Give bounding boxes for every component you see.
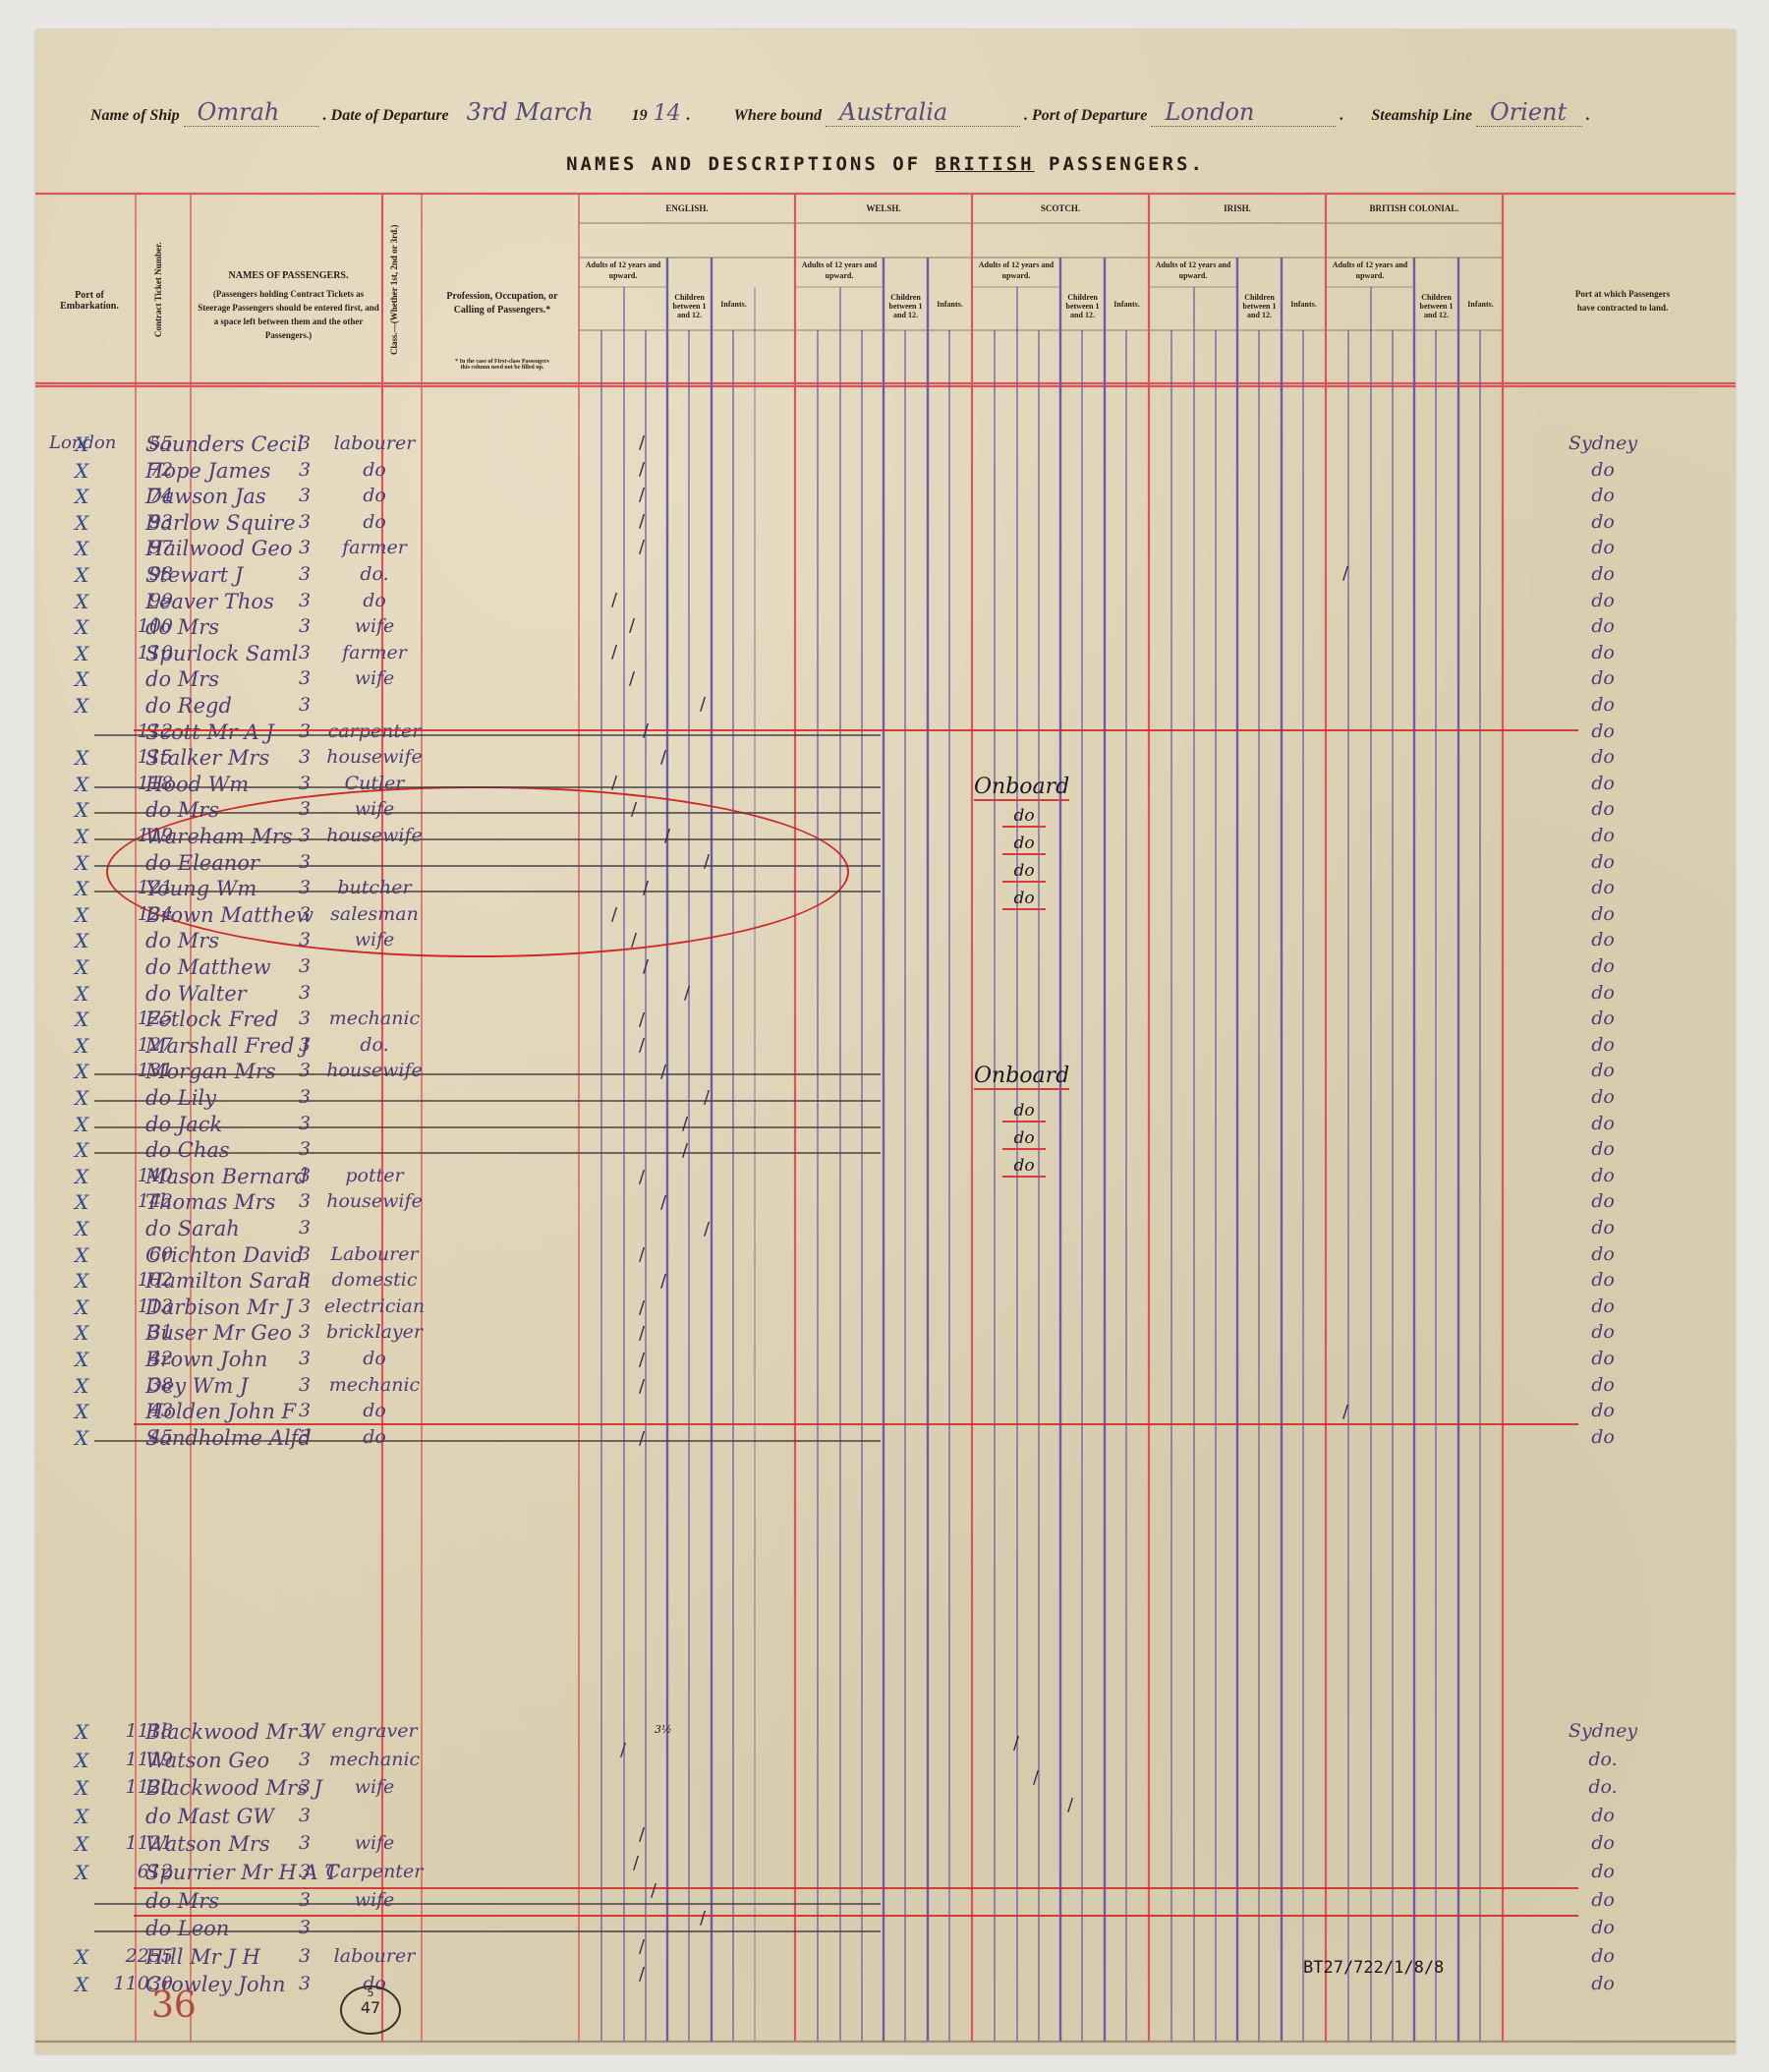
occupation-cell: wife: [315, 1776, 433, 1798]
table-row: X93Barlow Squire3dodo: [35, 511, 1736, 538]
check-mark-icon: X: [75, 590, 88, 613]
tally-mark: /: [639, 485, 645, 505]
tally-mark: /: [639, 1936, 645, 1957]
class-cell: 3: [299, 1720, 311, 1742]
check-mark-icon: X: [75, 825, 88, 848]
table-row: X125Fetlock Fred3mechanicdo: [35, 1007, 1736, 1034]
landing-port-cell: do: [1549, 1113, 1657, 1134]
class-cell: 3: [299, 694, 311, 716]
children-scotch: Children between 1 and 12.: [1060, 293, 1105, 319]
table-row: X42Brown John3dodo: [35, 1348, 1736, 1374]
passenger-name-cell: Watson Mrs: [145, 1832, 270, 1856]
tally-mark: /: [639, 1824, 645, 1845]
check-mark-icon: X: [75, 1973, 88, 1996]
occupation-cell: butcher: [315, 877, 433, 898]
tally-mark: /: [682, 1114, 688, 1134]
table-row: Xdo Lily3do: [35, 1086, 1736, 1113]
passenger-name-cell: do Chas: [145, 1138, 230, 1162]
tally-mark: /: [704, 851, 710, 872]
passenger-name-cell: do Mrs: [145, 929, 219, 952]
red-cancel-line: [134, 729, 1578, 731]
passenger-name-cell: Wareham Mrs: [145, 825, 293, 848]
tally-mark: /: [639, 1035, 645, 1056]
landing-port-cell: do: [1549, 1190, 1657, 1212]
table-row: X2255Hill Mr J H3labourerdo: [35, 1945, 1736, 1972]
passenger-name-cell: Hope James: [145, 459, 271, 483]
title-emphasis: BRITISH: [936, 153, 1035, 175]
nat-irish: IRISH.: [1149, 203, 1326, 213]
class-cell: 3: [299, 1165, 311, 1186]
landing-port-cell: do: [1549, 1861, 1657, 1882]
occupation-cell: labourer: [315, 1945, 433, 1967]
class-cell: 3: [299, 1138, 311, 1160]
tally-mark: /: [643, 878, 649, 898]
class-cell: 3: [299, 1917, 311, 1938]
landing-port-cell: do: [1549, 929, 1657, 950]
class-cell: 3: [299, 1217, 311, 1238]
landing-port-cell: do: [1549, 746, 1657, 768]
page-total: 36: [151, 1986, 197, 2026]
adults-english: Adults of 12 years and upward.: [581, 259, 665, 281]
passenger-name-cell: do Regd: [145, 694, 232, 718]
archive-reference: BT27/722/1/8/8: [1303, 1958, 1444, 1978]
class-cell: 3: [299, 590, 311, 611]
table-row: X1119Watson Geo3mechanicdo.: [35, 1749, 1736, 1775]
check-mark-icon: X: [75, 1749, 88, 1772]
strikethrough-line: [94, 786, 881, 788]
table-row: X97Hailwood Geo3farmerdo: [35, 537, 1736, 563]
table-row: X131Morgan Mrs3housewifedo: [35, 1060, 1736, 1086]
occupation-cell: farmer: [315, 537, 433, 558]
class-cell: 3: [299, 825, 311, 846]
table-row: X45Sandholme Alfd3dodo: [35, 1426, 1736, 1453]
table-row: X118Hood Wm3Cutlerdo: [35, 773, 1736, 799]
tally-mark: /: [631, 799, 637, 820]
class-cell: 3: [299, 955, 311, 977]
occupation-cell: do: [315, 485, 433, 506]
year-prefix: 19: [632, 107, 648, 124]
port-label: Port of Departure: [1032, 107, 1147, 124]
table-row: X110Spurlock Saml3farmerdo: [35, 642, 1736, 668]
class-cell: 3: [299, 929, 311, 950]
landing-port-cell: do: [1549, 1217, 1657, 1238]
passenger-name-cell: Buser Mr Geo: [145, 1321, 292, 1345]
class-cell: 3: [299, 1889, 311, 1911]
occupation-cell: do: [315, 590, 433, 611]
occupation-cell: housewife: [315, 746, 433, 768]
check-mark-icon: X: [75, 511, 88, 535]
ship-name: Omrah: [184, 98, 319, 127]
occupation-cell: do: [315, 459, 433, 481]
passenger-name-cell: do Eleanor: [145, 851, 259, 875]
tally-mark: /: [1033, 1767, 1039, 1788]
check-mark-icon: X: [75, 1217, 88, 1240]
children-colonial: Children between 1 and 12.: [1414, 293, 1458, 319]
passenger-name-cell: do Mrs: [145, 1889, 219, 1913]
class-cell: 3: [299, 459, 311, 481]
check-mark-icon: X: [75, 667, 88, 691]
tally-mark: /: [620, 1740, 626, 1760]
tally-mark: /: [660, 1271, 666, 1292]
landing-port-cell: do.: [1549, 1749, 1657, 1770]
class-cell: 3: [299, 1348, 311, 1369]
check-mark-icon: X: [75, 877, 88, 900]
class-cell: 3: [299, 798, 311, 820]
check-mark-icon: X: [75, 485, 88, 508]
tally-mark: /: [1342, 563, 1348, 584]
strikethrough-line: [94, 734, 881, 736]
check-mark-icon: X: [75, 1165, 88, 1188]
check-mark-icon: X: [75, 1138, 88, 1162]
tally-mark: /: [611, 904, 617, 925]
passenger-name-cell: Brown John: [145, 1348, 267, 1371]
tally-mark: /: [639, 432, 645, 453]
landing-port-cell: do: [1549, 1945, 1657, 1967]
occupation-cell: electrician: [315, 1295, 433, 1317]
tally-mark: /: [639, 1964, 645, 1985]
children-welsh: Children between 1 and 12.: [884, 293, 928, 319]
tally-mark: /: [704, 1087, 710, 1108]
infants-english: Infants.: [712, 300, 756, 309]
passenger-name-cell: do Mrs: [145, 615, 219, 639]
passenger-name-cell: Marshall Fred J: [145, 1034, 310, 1058]
passenger-name-cell: Hailwood Geo: [145, 537, 293, 560]
tally-mark: /: [611, 773, 617, 793]
landing-port-cell: do: [1549, 1295, 1657, 1317]
class-cell: 3: [299, 1086, 311, 1108]
class-cell: 3: [299, 667, 311, 689]
table-row: LondonX55Saunders Cecil3labourerSydney: [35, 432, 1736, 459]
table-row: Xdo Mrs3wifedo: [35, 667, 1736, 694]
landing-port-cell: do: [1549, 955, 1657, 977]
class-cell: 3: [299, 877, 311, 898]
landing-port-cell: do: [1549, 903, 1657, 925]
col-names-note: (Passengers holding Contract Tickets as …: [198, 287, 379, 342]
tally-mark: /: [1013, 1733, 1019, 1754]
passenger-name-cell: do Jack: [145, 1113, 222, 1136]
passenger-name-cell: Brown Matthew: [145, 903, 314, 927]
occupation-cell: potter: [315, 1165, 433, 1186]
line-label: Steamship Line: [1371, 107, 1472, 124]
occupation-cell: farmer: [315, 642, 433, 663]
adults-colonial: Adults of 12 years and upward.: [1328, 259, 1412, 281]
class-cell: 3: [299, 1973, 311, 1994]
tally-mark: /: [639, 1323, 645, 1344]
strikethrough-line: [94, 1930, 881, 1932]
date-label: Date of Departure: [331, 107, 449, 124]
passenger-name-cell: Hood Wm: [145, 773, 249, 796]
table-row: X38Dey Wm J3mechanicdo: [35, 1374, 1736, 1401]
table-row: X119Wareham Mrs3housewifedo: [35, 825, 1736, 851]
class-cell: 3: [299, 511, 311, 533]
tally-mark: /: [639, 1009, 645, 1030]
occupation-cell: do.: [315, 563, 433, 585]
check-mark-icon: X: [75, 1113, 88, 1136]
class-cell: 3: [299, 1749, 311, 1770]
check-mark-icon: X: [75, 1086, 88, 1110]
steamship-line: Orient: [1476, 98, 1582, 127]
passenger-name-cell: Young Wm: [145, 877, 257, 900]
table-row: Xdo Chas3do: [35, 1138, 1736, 1165]
landing-port-cell: do: [1549, 563, 1657, 585]
occupation-cell: do: [315, 1400, 433, 1421]
landing-port-cell: do: [1549, 982, 1657, 1004]
passenger-name-cell: Barlow Squire: [145, 511, 296, 535]
tally-mark: /: [639, 1167, 645, 1187]
tally-mark: /: [1067, 1795, 1073, 1815]
landing-port-cell: do: [1549, 1426, 1657, 1448]
red-cancel-line: [134, 1915, 1578, 1917]
passenger-name-cell: do Matthew: [145, 955, 271, 979]
check-mark-icon: X: [75, 798, 88, 822]
occupation-cell: mechanic: [315, 1749, 433, 1770]
tally-mark: /: [1342, 1402, 1348, 1422]
passenger-name-cell: do Sarah: [145, 1217, 240, 1240]
tally-mark: /: [664, 826, 670, 846]
check-mark-icon: X: [75, 1426, 88, 1450]
passenger-name-cell: Morgan Mrs: [145, 1060, 276, 1083]
check-mark-icon: X: [75, 1243, 88, 1267]
passenger-name-cell: Saunders Cecil: [145, 432, 304, 456]
nat-british-colonial: BRITISH COLONIAL.: [1326, 203, 1503, 213]
check-mark-icon: X: [75, 1400, 88, 1423]
tally-mark: /: [660, 1062, 666, 1082]
check-mark-icon: X: [75, 537, 88, 560]
passenger-name-cell: Watson Geo: [145, 1749, 269, 1772]
passenger-name-cell: Scott Mr A J: [145, 720, 274, 744]
class-cell: 3: [299, 1776, 311, 1798]
strikethrough-line: [94, 1126, 881, 1128]
passenger-name-cell: do Leon: [145, 1917, 229, 1940]
check-mark-icon: X: [75, 1190, 88, 1214]
adults-welsh: Adults of 12 years and upward.: [797, 259, 882, 281]
passenger-name-cell: Blackwood Mr W: [145, 1720, 324, 1744]
passenger-name-cell: do Mast GW: [145, 1805, 274, 1828]
table-row: X113Darbison Mr J3electriciando: [35, 1295, 1736, 1322]
landing-port-cell: do: [1549, 537, 1657, 558]
tally-mark: /: [611, 590, 617, 610]
table-row: Xdo Walter3do: [35, 982, 1736, 1008]
class-cell: 3: [299, 1374, 311, 1396]
passenger-name-cell: Holden John F: [145, 1400, 296, 1423]
class-cell: 3: [299, 1295, 311, 1317]
class-cell: 3: [299, 1007, 311, 1029]
class-cell: 3: [299, 1400, 311, 1421]
tally-mark: /: [639, 1350, 645, 1370]
passenger-name-cell: Dawson Jas: [145, 485, 266, 508]
tally-mark: /: [704, 1219, 710, 1239]
tally-mark: /: [639, 537, 645, 557]
table-row: X100do Mrs3wifedo: [35, 615, 1736, 642]
check-mark-icon: X: [75, 1776, 88, 1800]
occupation-cell: wife: [315, 929, 433, 950]
strikethrough-line: [94, 1073, 881, 1075]
table-row: Xdo Sarah3do: [35, 1217, 1736, 1243]
col-ticket-number: Contract Ticket Number.: [153, 206, 173, 374]
passenger-name-cell: do Mrs: [145, 667, 219, 691]
class-cell: 3: [299, 615, 311, 637]
tally-mark: /: [639, 511, 645, 532]
class-cell: 3: [299, 1945, 311, 1967]
table-row: X121Young Wm3butcherdo: [35, 877, 1736, 903]
landing-port-cell: do: [1549, 694, 1657, 716]
strikethrough-line: [94, 1100, 881, 1102]
tally-mark: /: [639, 1244, 645, 1265]
passenger-name-cell: do Walter: [145, 982, 247, 1006]
occupation-cell: Labourer: [315, 1243, 433, 1265]
landing-port-cell: do: [1549, 1086, 1657, 1108]
check-mark-icon: X: [75, 563, 88, 587]
tally-mark: /: [639, 459, 645, 480]
check-mark-icon: X: [75, 1269, 88, 1293]
class-cell: 3: [299, 1832, 311, 1854]
table-row: X115Stalker Mrs3housewifedo: [35, 746, 1736, 773]
table-row: X127Marshall Fred J3do.do: [35, 1034, 1736, 1061]
adults-scotch: Adults of 12 years and upward.: [974, 259, 1058, 281]
passenger-name-cell: Crichton David: [145, 1243, 304, 1267]
table-row: Xdo Eleanor3do: [35, 851, 1736, 878]
class-cell: 3: [299, 982, 311, 1004]
class-cell: 3: [299, 1321, 311, 1343]
tally-note: 3½: [655, 1723, 672, 1736]
check-mark-icon: X: [75, 851, 88, 875]
check-mark-icon: X: [75, 1034, 88, 1058]
landing-port-cell: do: [1549, 1917, 1657, 1938]
landing-port-cell: Sydney: [1549, 1720, 1657, 1742]
occupation-cell: housewife: [315, 1190, 433, 1212]
col-profession-note: * In the case of First-class Passengers …: [453, 359, 551, 371]
class-cell: 3: [299, 1426, 311, 1448]
strikethrough-line: [94, 1903, 881, 1905]
strikethrough-line: [94, 865, 881, 867]
table-row: 112Scott Mr A J3carpenterdo: [35, 720, 1736, 747]
tally-mark: /: [682, 1140, 688, 1161]
landing-port-cell: do: [1549, 1400, 1657, 1421]
check-mark-icon: X: [75, 1007, 88, 1031]
passenger-name-cell: Stalker Mrs: [145, 746, 269, 770]
strikethrough-line: [94, 812, 881, 814]
landing-port-cell: do: [1549, 511, 1657, 533]
circled-bottom: 47: [342, 1999, 399, 2017]
table-row: X31Buser Mr Geo3bricklayerdo: [35, 1321, 1736, 1348]
check-mark-icon: X: [75, 1348, 88, 1371]
class-cell: 3: [299, 1805, 311, 1826]
class-cell: 3: [299, 773, 311, 794]
nat-scotch: SCOTCH.: [972, 203, 1149, 213]
landing-port-cell: do: [1549, 773, 1657, 794]
occupation-cell: wife: [315, 667, 433, 689]
col-profession: Profession, Occupation, or Calling of Pa…: [438, 290, 566, 317]
occupation-cell: do: [315, 1348, 433, 1369]
tally-mark: /: [700, 694, 706, 715]
check-mark-icon: X: [75, 1720, 88, 1744]
strikethrough-line: [94, 1440, 881, 1442]
table-row: X1118Blackwood Mr W3engraverSydney: [35, 1720, 1736, 1747]
col-class: Class.—(Whether 1st, 2nd or 3rd.): [389, 201, 409, 378]
table-row: X60Crichton David3Labourerdo: [35, 1243, 1736, 1270]
landing-port-cell: do: [1549, 642, 1657, 663]
class-cell: 3: [299, 746, 311, 768]
tally-mark: /: [633, 1853, 639, 1873]
adults-irish: Adults of 12 years and upward.: [1151, 259, 1235, 281]
landing-port-cell: do: [1549, 877, 1657, 898]
occupation-cell: salesman: [315, 903, 433, 925]
tally-mark: /: [629, 615, 635, 636]
passenger-name-cell: Leaver Thos: [145, 590, 274, 613]
check-mark-icon: X: [75, 1374, 88, 1398]
circled-count: 5 47: [340, 1986, 401, 2035]
table-row: X102Hamilton Sarah3domesticdo: [35, 1269, 1736, 1295]
tally-mark: /: [643, 720, 649, 741]
occupation-cell: engraver: [315, 1720, 433, 1742]
landing-port-cell: do: [1549, 1805, 1657, 1826]
occupation-cell: wife: [315, 615, 433, 637]
occupation-cell: wife: [315, 1832, 433, 1854]
table-row: X142Thomas Mrs3housewifedo: [35, 1190, 1736, 1217]
class-cell: 3: [299, 1113, 311, 1134]
check-mark-icon: X: [75, 1832, 88, 1856]
landing-port-cell: do: [1549, 1138, 1657, 1160]
table-row: Xdo Matthew3do: [35, 955, 1736, 982]
bound-label: Where bound: [734, 107, 822, 124]
red-cancel-line: [134, 1887, 1578, 1889]
passenger-name-cell: Sandholme Alfd: [145, 1426, 312, 1450]
landing-port-cell: do: [1549, 459, 1657, 481]
departure-date: 3rd March: [453, 98, 628, 126]
ship-label: Name of Ship: [90, 107, 180, 124]
header-line: Name of ShipOmrah. Date of Departure3rd …: [90, 98, 1590, 127]
class-cell: 3: [299, 1861, 311, 1882]
table-row: Xdo Mast GW3do: [35, 1805, 1736, 1831]
red-cancel-line: [134, 1423, 1578, 1425]
col-names-title: NAMES OF PASSENGERS.: [198, 270, 379, 281]
class-cell: 3: [299, 642, 311, 663]
table-row: X99Leaver Thos3dodo: [35, 590, 1736, 616]
landing-port-cell: do: [1549, 1889, 1657, 1911]
landing-port-cell: do: [1549, 1060, 1657, 1081]
class-cell: 3: [299, 1243, 311, 1265]
class-cell: 3: [299, 432, 311, 454]
infants-welsh: Infants.: [928, 300, 972, 309]
class-cell: 3: [299, 903, 311, 925]
table-row: X72Hope James3dodo: [35, 459, 1736, 486]
table-row: do Mrs3wifedo: [35, 1889, 1736, 1916]
occupation-cell: do: [315, 511, 433, 533]
occupation-cell: do.: [315, 1034, 433, 1056]
landing-port-cell: do: [1549, 825, 1657, 846]
class-cell: 3: [299, 1190, 311, 1212]
landing-port-cell: do: [1549, 1973, 1657, 1994]
table-row: X98Stewart J3do.do: [35, 563, 1736, 590]
check-mark-icon: X: [75, 1321, 88, 1345]
landing-port-cell: do: [1549, 798, 1657, 820]
tally-mark: /: [684, 983, 690, 1004]
year-suffix: 14: [652, 101, 683, 126]
landing-port-cell: do: [1549, 1007, 1657, 1029]
col-port-land: Port at which Passengers have contracted…: [1569, 287, 1677, 315]
landing-port-cell: do: [1549, 590, 1657, 611]
landing-port-cell: do: [1549, 615, 1657, 637]
landing-port-cell: do: [1549, 1348, 1657, 1369]
class-cell: 3: [299, 1269, 311, 1291]
landing-port-cell: do: [1549, 1243, 1657, 1265]
class-cell: 3: [299, 563, 311, 585]
occupation-cell: domestic: [315, 1269, 433, 1291]
table-row: X140Mason Bernard3potterdo: [35, 1165, 1736, 1191]
manifest-sheet: Name of ShipOmrah. Date of Departure3rd …: [35, 29, 1736, 2054]
class-cell: 3: [299, 1034, 311, 1056]
landing-port-cell: do: [1549, 1269, 1657, 1291]
